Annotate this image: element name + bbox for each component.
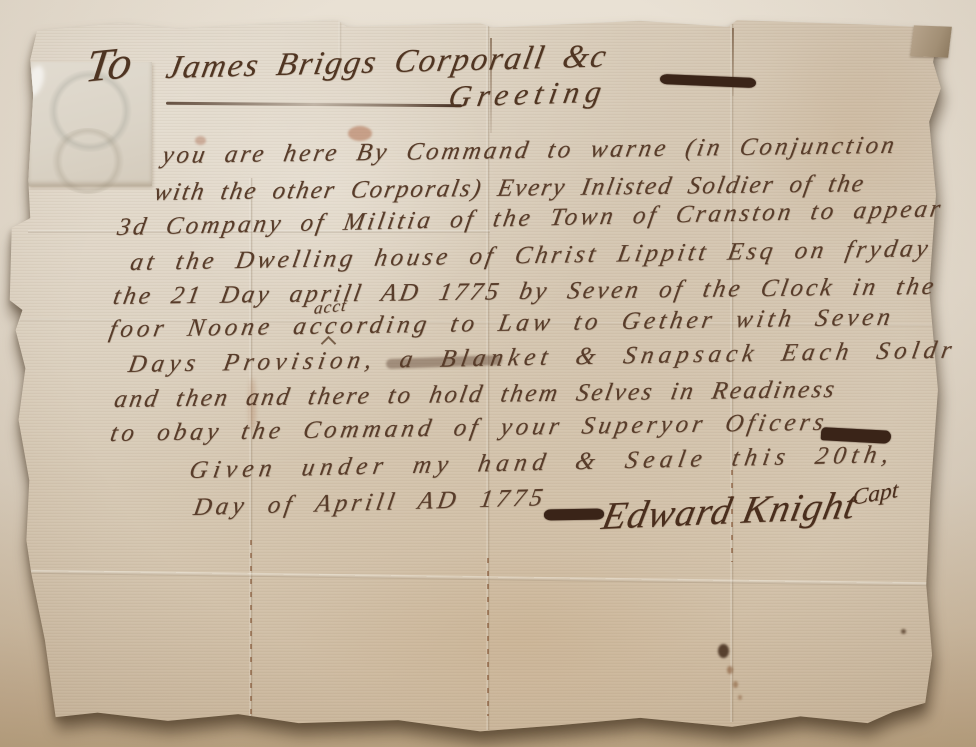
body-line-1: you are here By Command to warne (in Con…: [160, 132, 899, 170]
photographed-historic-document: To James Briggs Corporall &c Greeting yo…: [0, 0, 976, 747]
signature-title: Capt: [852, 477, 899, 510]
body-line-8: and then and there to hold them Selves i…: [112, 376, 839, 414]
flourish-dash-closing: [544, 508, 604, 520]
signature: Edward Knight: [598, 485, 860, 539]
body-line-6: foor Noone according to Law to Gether wi…: [107, 304, 896, 344]
salutation-to: To: [83, 37, 136, 92]
body-line-7: Days Provision, a Blanket & Snapsack Eac…: [126, 337, 958, 379]
underline-recipient: [166, 102, 462, 108]
body-line-9: to obay the Command of your Superyor Ofi…: [108, 409, 830, 448]
flourish-dash-header: [660, 74, 756, 88]
greeting-line: Greeting: [446, 75, 610, 115]
handwriting-layer: To James Briggs Corporall &c Greeting yo…: [0, 0, 976, 747]
body-line-4: at the Dwelling house of Christ Lippitt …: [128, 235, 933, 276]
closing-line-1: Given under my hand & Seale this 20th,: [187, 441, 896, 484]
closing-line-2: Day of Aprill AD 1775: [191, 484, 548, 521]
insertion-acct: acct: [313, 297, 348, 319]
